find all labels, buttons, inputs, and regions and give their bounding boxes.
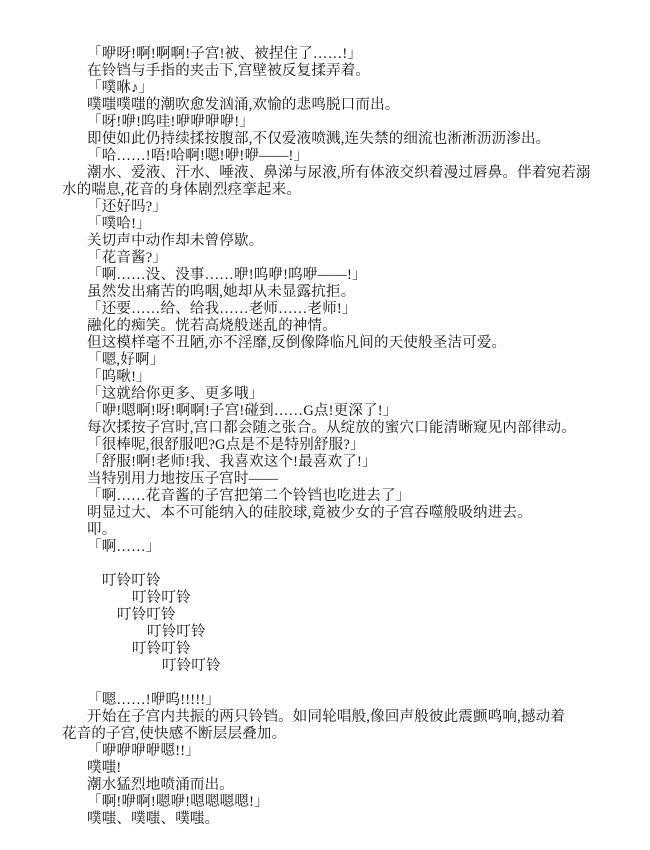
dialogue-line: 「咿!嗯啊!呀!啊啊!子宫!碰到……G点!更深了!」: [62, 403, 602, 420]
dialogue-line: 「啊!咿啊!嗯咿!嗯嗯嗯嗯!」: [62, 794, 602, 811]
dialogue-line: 「啊……」: [62, 539, 602, 556]
narration-line: 叩。: [62, 522, 602, 539]
sfx-bell-line: 叮铃叮铃: [62, 641, 602, 658]
dialogue-line: 「呜啾!」: [62, 369, 602, 386]
sfx-line: 噗嗤!: [62, 760, 602, 777]
sfx-bell-line: 叮铃叮铃: [62, 658, 602, 675]
dialogue-line: 「噗哈!」: [62, 216, 602, 233]
dialogue-line: 「这就给你更多、更多哦」: [62, 386, 602, 403]
sfx-bell-line: 叮铃叮铃: [62, 624, 602, 641]
sfx-bell-line: 叮铃叮铃: [62, 607, 602, 624]
sfx-bell-line: 叮铃叮铃: [62, 590, 602, 607]
sfx-bell-line: 叮铃叮铃: [62, 573, 602, 590]
sfx-line: 噗嗤、噗嗤、噗嗤。: [62, 811, 602, 828]
narration-line: 明显过大、本不可能纳入的硅胶球,竟被少女的子宫吞噬般吸纳进去。: [62, 505, 602, 522]
dialogue-line: 「啊……没、没事……咿!呜咿!呜咿——!」: [62, 267, 602, 284]
narration-line: 但这模样毫不丑陋,亦不淫靡,反倒像降临凡间的天使般圣洁可爱。: [62, 335, 602, 352]
text-block: 「咿呀!啊!啊啊!子宫!被、被捏住了……!」 在铃铛与手指的夹击下,宫壁被反复揉…: [62, 46, 602, 828]
dialogue-line: 「呀!咿!呜哇!咿咿咿咿!」: [62, 114, 602, 131]
dialogue-line: 「嗯……!咿呜!!!!!」: [62, 692, 602, 709]
narration-line-continuation: 花音的子宫,使快感不断层层叠加。: [62, 726, 602, 743]
dialogue-line: 「咿咿咿咿嗯!!」: [62, 743, 602, 760]
dialogue-line: 「花音酱?」: [62, 250, 602, 267]
narration-line: 当特别用力地按压子宫时——: [62, 471, 602, 488]
dialogue-line: 「还好吗?」: [62, 199, 602, 216]
narration-line: 潮水猛烈地喷涌而出。: [62, 777, 602, 794]
dialogue-line: 「啊……花音酱的子宫把第二个铃铛也吃进去了」: [62, 488, 602, 505]
blank-line: [62, 675, 602, 692]
narration-line: 每次揉按子宫时,宫口都会随之张合。从绽放的蜜穴口能清晰窥见内部律动。: [62, 420, 602, 437]
narration-line: 潮水、爱液、汗水、唾液、鼻涕与尿液,所有体液交织着漫过唇鼻。伴着宛若溺: [62, 165, 602, 182]
narration-line-continuation: 水的喘息,花音的身体剧烈痉挛起来。: [62, 182, 602, 199]
dialogue-line: 「哈……!唔!哈啊!嗯!咿!咿——!」: [62, 148, 602, 165]
dialogue-line: 「很棒呢,很舒服吧?G点是不是特别舒服?」: [62, 437, 602, 454]
narration-line: 即使如此仍持续揉按腹部,不仅爱液喷溅,连失禁的细流也淅淅沥沥渗出。: [62, 131, 602, 148]
narration-line: 虽然发出痛苦的呜咽,她却从未显露抗拒。: [62, 284, 602, 301]
novel-page: 「咿呀!啊!啊啊!子宫!被、被捏住了……!」 在铃铛与手指的夹击下,宫壁被反复揉…: [0, 0, 650, 850]
narration-line: 开始在子宫内共振的两只铃铛。如同轮唱般,像回声般彼此震颤鸣响,撼动着: [62, 709, 602, 726]
dialogue-line: 「咿呀!啊!啊啊!子宫!被、被捏住了……!」: [62, 46, 602, 63]
dialogue-line: 「舒服!啊!老师!我、我喜欢这个!最喜欢了!」: [62, 454, 602, 471]
narration-line: 关切声中动作却未曾停歇。: [62, 233, 602, 250]
blank-line: [62, 556, 602, 573]
narration-line: 噗嗤噗嗤的潮吹愈发汹涌,欢愉的悲鸣脱口而出。: [62, 97, 602, 114]
dialogue-line: 「噗咻♪」: [62, 80, 602, 97]
dialogue-line: 「嗯,好啊」: [62, 352, 602, 369]
narration-line: 融化的痴笑。恍若高烧般迷乱的神情。: [62, 318, 602, 335]
narration-line: 在铃铛与手指的夹击下,宫壁被反复揉弄着。: [62, 63, 602, 80]
dialogue-line: 「还要……给、给我……老师……老师!」: [62, 301, 602, 318]
